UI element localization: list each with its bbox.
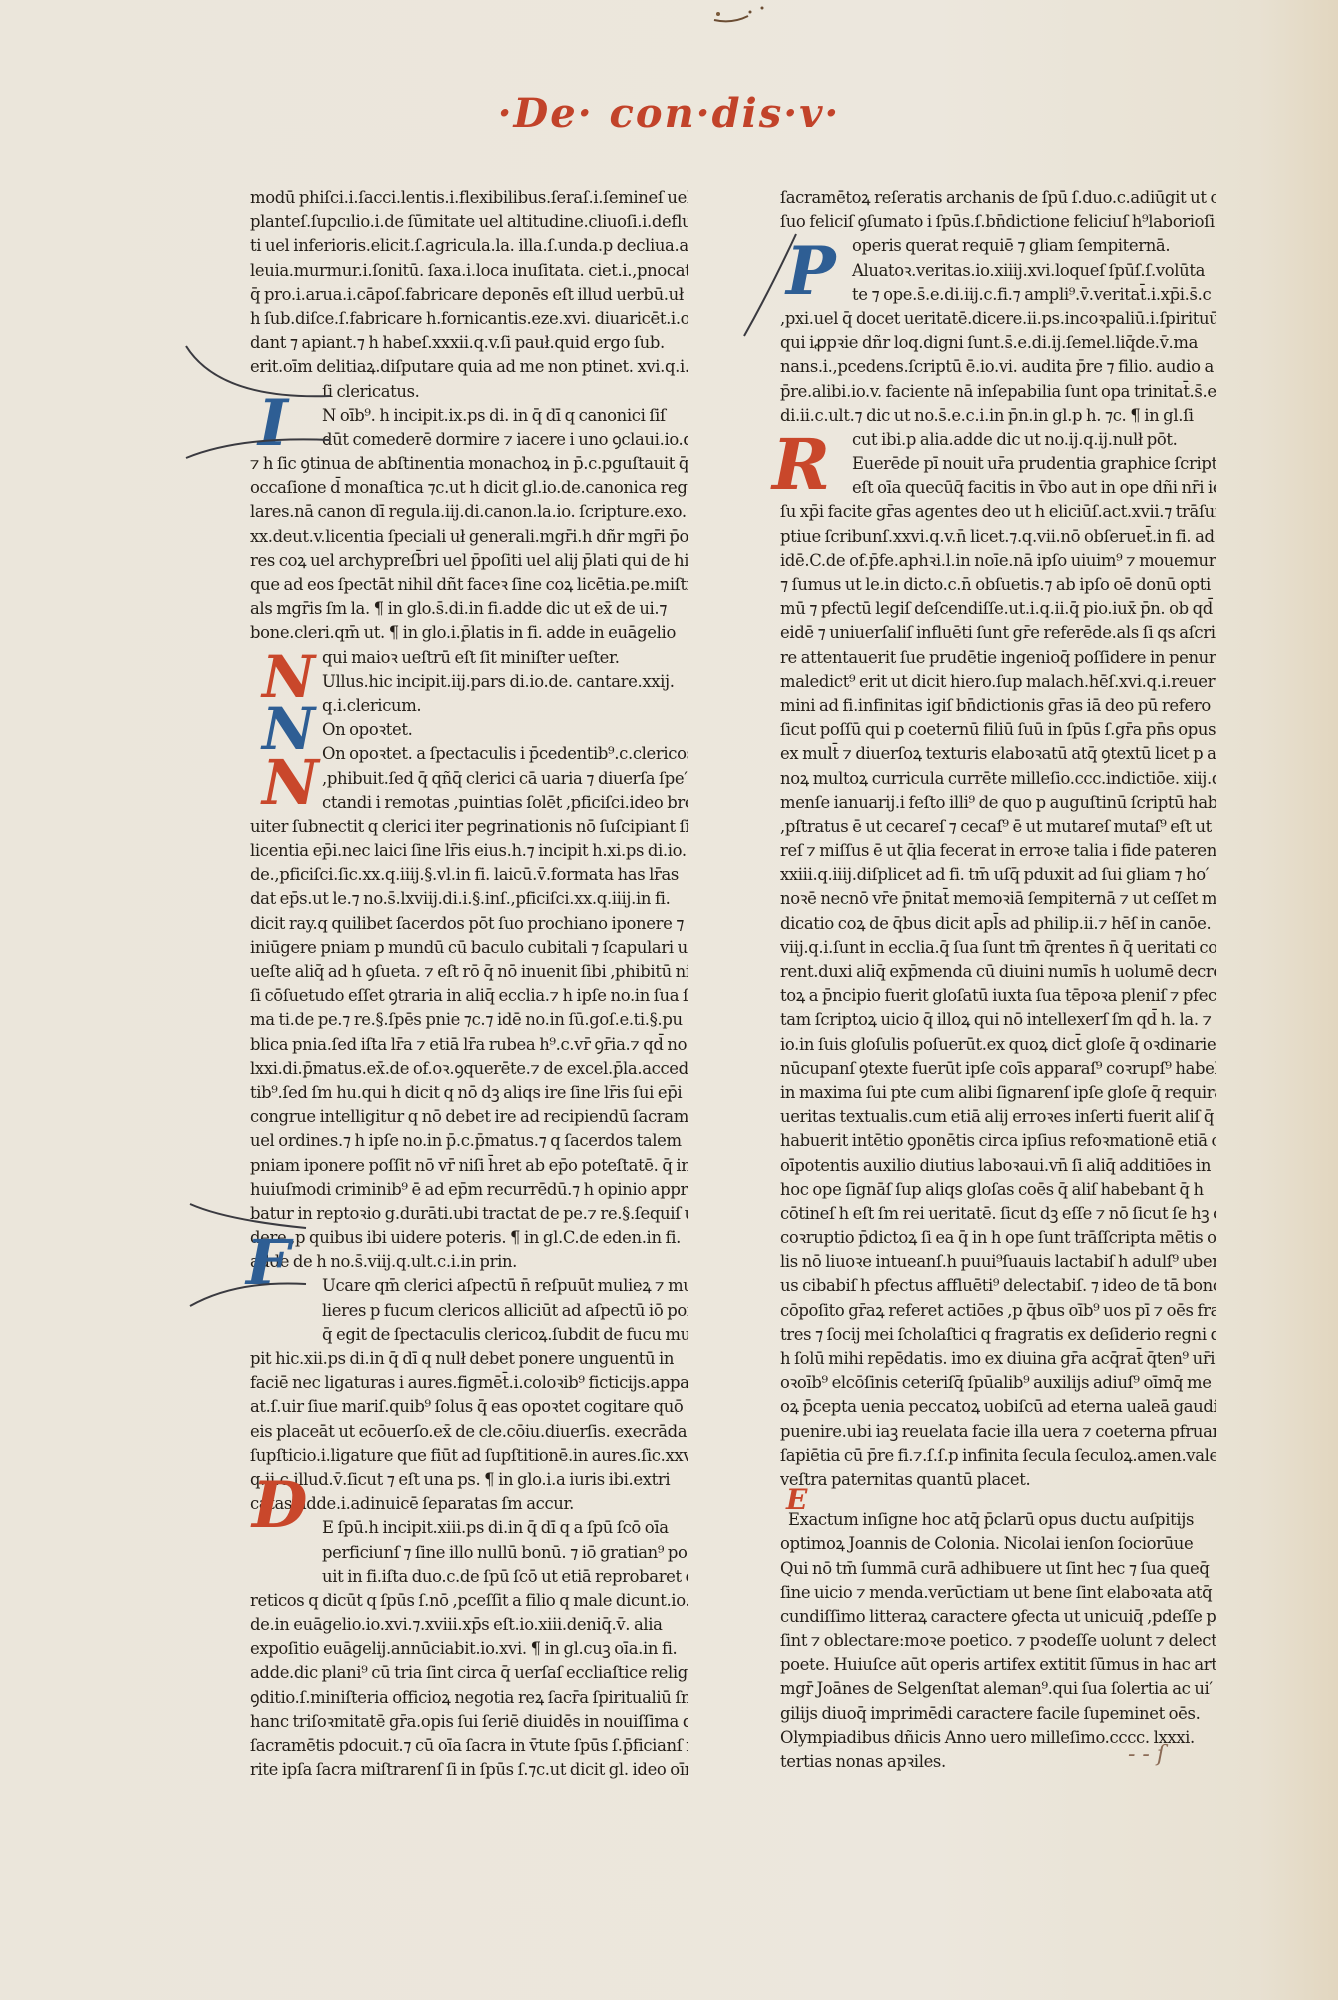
colophon-line: Qui nō tm̄ ſummā curā adhibuere ut ſint … <box>780 1557 1216 1581</box>
text-line: habuerit intētio ꝯponētis circa ipſius r… <box>780 1129 1216 1153</box>
colophon-line: mgr̄ Joānes de Selgenſtat aleman⁹.qui ſu… <box>780 1677 1216 1701</box>
text-line: ſicut poſſū qui p coeternū filiū ſuū in … <box>780 718 1216 742</box>
paragraph-gap <box>780 1492 1216 1508</box>
text-line: q.ii.c.illud.v̄.ſicut ⁊ eſt una ps. ¶ in… <box>250 1468 688 1492</box>
text-line: ex mult̄ ⁊ diuerſoꝝ texturis elaboꝛatū a… <box>780 742 1216 766</box>
text-line: rent.duxi aliq̄ exp̄menda cū diuini numī… <box>780 960 1216 984</box>
text-line: de.in euāgelio.io.xvi.⁊.xviii.xp̄s eſt.i… <box>250 1613 688 1637</box>
text-line: io.in ſuis gloſulis poſuerūt.ex quoꝝ dic… <box>780 1033 1216 1057</box>
text-line: res coꝝ uel archypreſb̄ri uel p̄poſiti u… <box>250 549 688 573</box>
text-line: hanc triſoꝛmitatē gr̄a.opis ſui ſeriē di… <box>250 1710 688 1734</box>
text-line: catas.adde.i.adinuicē ſeparatas ſm accur… <box>250 1492 688 1516</box>
initial-letter-e: E <box>786 1486 807 1514</box>
colophon-line: Exactum inſigne hoc atq̄ p̄clarū opus du… <box>780 1508 1216 1532</box>
text-line: ſi cōſuetudo eſſet ꝯtraria in aliq̄ eccl… <box>250 984 688 1008</box>
text-line: h ſolū mihi repēdatis. imo ex diuina gr̄… <box>780 1347 1216 1371</box>
initial-flourish-i <box>180 340 360 460</box>
text-line: oīpotentis auxilio diutius laboꝛaui.vn̄ … <box>780 1154 1216 1178</box>
text-line: ſacramētoꝝ reſeratis archanis de ſpū ſ.d… <box>780 186 1216 210</box>
text-line: mū ⁊ pfectū legiſ deſcendiſſe.ut.i.q.ii.… <box>780 597 1216 621</box>
text-line: veſtra paternitas quantū placet. <box>780 1468 1216 1492</box>
colophon-line: gilijs diuoq̄ imprimēdi caractere facile… <box>780 1702 1216 1726</box>
text-line: te ⁊ ope.s̄.e.di.iij.c.fi.⁊ ampli⁹.v̄.ve… <box>780 283 1216 307</box>
text-line: lxxi.di.p̄matus.ex̄.de of.oꝛ.ꝯquerēte.⁊ … <box>250 1057 688 1081</box>
text-line: us cibabiſ h pfectus affluēti⁹ delectabi… <box>780 1274 1216 1298</box>
text-line: On opoꝛtet. <box>250 718 688 742</box>
text-line: nūcupanſ ꝯtexte fuerūt ipſe coīs apparaſ… <box>780 1057 1216 1081</box>
text-line: ueritas textualis.cum etiā alij erroꝛes … <box>780 1105 1216 1129</box>
text-line: uit in fi.iſta duo.c.de ſpū ſcō ut etiā … <box>250 1565 688 1589</box>
text-line: pit hic.xii.ps di.in q̄ dī q nulł debet … <box>250 1347 688 1371</box>
text-line: toꝝ a p̄ncipio fuerit gloſatū iuxta ſua … <box>780 984 1216 1008</box>
text-line: ti uel inferioris.elicit.ſ.agricula.la. … <box>250 234 688 258</box>
text-line: ſacramētis pdocuit.⁊ cū oīa ſacra in v̄t… <box>250 1734 688 1758</box>
text-line: idē.C.de of.p̄fe.aphꝛi.l.in noīe.nā ipſo… <box>780 549 1216 573</box>
initial-letter-n-3: N <box>262 752 319 814</box>
text-line: q̄ pro.i.arua.i.cāpoſ.fabricare deponēs … <box>250 283 688 307</box>
text-line: ueſte aliq̄ ad h ꝯſueta. ⁊ eſt rō q̄ nō … <box>250 960 688 984</box>
text-line: maledict⁹ erit ut dicit hiero.ſup malach… <box>780 670 1216 694</box>
text-line: re attentauerit ſue prudētie ingenioq̄ p… <box>780 646 1216 670</box>
initial-flourish-f <box>186 1200 326 1310</box>
right-text-column: ſacramētoꝝ reſeratis archanis de ſpū ſ.d… <box>780 186 1216 1774</box>
text-line: dat ep̄s.ut le.⁊ no.s̄.lxviij.di.i.§.inſ… <box>250 887 688 911</box>
text-line: reticos q dicūt q ſpūs ſ.nō ,pceſſit a f… <box>250 1589 688 1613</box>
text-line: de.,pficiſci.ſic.xx.q.iiij.§.vl.in fi. l… <box>250 863 688 887</box>
running-head: ·De· con·dis·v· <box>0 90 1338 137</box>
text-line: lis nō liuoꝛe intueanſ.h puui⁹ſuauis lac… <box>780 1250 1216 1274</box>
text-line: bone.cleri.qm̄ ut. ¶ in glo.i.p̄latis in… <box>250 621 688 645</box>
text-line: tam ſcriptoꝝ uicio q̄ illoꝝ qui nō intel… <box>780 1008 1216 1032</box>
text-line: puenire.ubi iaꝫ reuelata facie illa uera… <box>780 1420 1216 1444</box>
text-line: cōpoſito gr̄aꝝ referet actiōes ,p q̄bus … <box>780 1299 1216 1323</box>
text-line: in maxima ſui pte cum alibi ſignarenſ ip… <box>780 1081 1216 1105</box>
text-line: iniūgere pniam p mundū cū baculo cubital… <box>250 936 688 960</box>
text-line: rite ipſa ſacra miſtrarenſ ſi in ſpūs ſ.… <box>250 1758 688 1782</box>
text-line: ,pſtratus ē ut cecareſ ⁊ cecaſ⁹ ē ut mut… <box>780 815 1216 839</box>
text-line: reſ ⁊ miſſus ē ut q̄lia fecerat in erroꝛ… <box>780 839 1216 863</box>
text-line: licentia ep̄i.nec laici ſine lr̄is eius.… <box>250 839 688 863</box>
text-line: dicit ray.q quilibet ſacerdos pōt ſuo pr… <box>250 912 688 936</box>
text-line: ma ti.de pe.⁊ re.§.ſpēs pnie ⁊c.⁊ idē no… <box>250 1008 688 1032</box>
text-line: cōtineſ h eſt ſm rei ueritatē. ſicut dꝫ … <box>780 1202 1216 1226</box>
text-line: congrue intelligitur q nō debet ire ad r… <box>250 1105 688 1129</box>
text-line: viij.q.i.ſunt in ecclia.q̄ ſua ſunt tm̄ … <box>780 936 1216 960</box>
text-line: ⁊ ſumus ut le.in dicto.c.n̄ obſuetis.⁊ a… <box>780 573 1216 597</box>
text-line: menſe ianuarij.i feſto illi⁹ de quo p au… <box>780 791 1216 815</box>
text-line: q̄ egit de ſpectaculis clericoꝝ.ſubdit d… <box>250 1323 688 1347</box>
text-line: qui iꝓpꝛie dñr loq.digni ſunt.s̄.e.di.ij… <box>780 331 1216 355</box>
text-line: expoſitio euāgelij.annūciabit.io.xvi. ¶ … <box>250 1637 688 1661</box>
colophon-line: poete. Huiuſce aūt operis artifex extiti… <box>780 1653 1216 1677</box>
text-line: eis placeāt ut ecōuerſo.ex̄ de cle.cōiu.… <box>250 1420 688 1444</box>
text-line: at.ſ.uir ſiue mariſ.quib⁹ ſolus q̄ eas o… <box>250 1395 688 1419</box>
text-line: adde.dic plani⁹ cū tria ſint circa q̄ ue… <box>250 1661 688 1685</box>
text-line: h ſub.diſce.ſ.fabricare h.fornicantis.ez… <box>250 307 688 331</box>
text-line: xxiii.q.iiij.diſplicet ad fi. tm̄ uſq̄ p… <box>780 863 1216 887</box>
text-line: planteſ.ſupcılio.i.de ſūmitate uel altit… <box>250 210 688 234</box>
text-line: occaſione d̄ monaſtica ⁊c.ut h dicit gl.… <box>250 476 688 500</box>
text-line: ſuo feliciſ ꝯſumato i ſpūs.ſ.bn̄dictione… <box>780 210 1216 234</box>
text-line: coꝛruptio p̄dictoꝝ ſi ea q̄ in h ope ſun… <box>780 1226 1216 1250</box>
initial-flourish-p <box>740 230 800 340</box>
text-line: Ullus.hic incipit.iij.pars di.io.de. can… <box>250 670 688 694</box>
text-line: q.i.clericum. <box>250 694 688 718</box>
text-line: noꝛē necnō vr̄e p̄nitat̄ memoꝛiā ſempite… <box>780 887 1216 911</box>
text-line: Euerēde pī nouit ur̄a prudentia graphice… <box>780 452 1216 476</box>
text-line: operis querat requiē ⁊ gliam ſempiternā. <box>780 234 1216 258</box>
text-line: perficiunſ ⁊ ſine illo nullū bonū. ⁊ iō … <box>250 1541 688 1565</box>
text-line: qui maioꝛ ueſtrū eſt ſit miniſter ueſter… <box>250 646 688 670</box>
colophon-line: ſint ⁊ oblectare:moꝛe poetico. ⁊ pꝛodeſſ… <box>780 1629 1216 1653</box>
text-line: xx.deut.v.licentia ſpeciali uł generali.… <box>250 525 688 549</box>
text-line: tres ⁊ ſocij mei ſcholaſtici q fragratis… <box>780 1323 1216 1347</box>
colophon-line: cundiſſimo litteraꝝ caractere ꝯfecta ut … <box>780 1605 1216 1629</box>
manuscript-page: ·De· con·dis·v· modū phiſci.i.ſacci.lent… <box>0 0 1338 2000</box>
colophon-line: optimoꝝ Joannis de Colonia. Nicolai ienſ… <box>780 1532 1216 1556</box>
colophon-line: ſine uicio ⁊ menda.verūctiam ut bene ſin… <box>780 1581 1216 1605</box>
text-line: uel ordines.⁊ h ipſe no.in p̄.c.p̄matus.… <box>250 1129 688 1153</box>
text-line: eſt oīa quecūq̄ facitis in v̄bo aut in o… <box>780 476 1216 500</box>
text-line: leuia.murmur.i.ſonitū. ſaxa.i.loca inuſi… <box>250 259 688 283</box>
text-line: blica pnia.ſed iſta lr̄a ⁊ etiā lr̄a rub… <box>250 1033 688 1057</box>
text-line: huiuſmodi criminib⁹ ē ad ep̄m recurrēdū.… <box>250 1178 688 1202</box>
text-line: cut ibi.p alia.adde dic ut no.ij.q.ij.nu… <box>780 428 1216 452</box>
text-line: noꝝ multoꝝ curricula currēte milleſio.cc… <box>780 767 1216 791</box>
text-line: lares.nā canon dī regula.iij.di.canon.la… <box>250 500 688 524</box>
text-line: Aluatoꝛ.veritas.io.xiiij.xvi.loqueſ ſpūſ… <box>780 259 1216 283</box>
text-line: ꝯditio.ſ.miniſteria officioꝝ negotia reꝝ… <box>250 1686 688 1710</box>
text-line: ſu xp̄i facite gr̄as agentes deo ut h el… <box>780 500 1216 524</box>
ink-stain-mark <box>712 6 772 24</box>
text-line: nans.i.,pcedens.ſcriptū ē.io.vi. audita … <box>780 355 1216 379</box>
text-line: ſapiētia cū p̄re fi.⁊.ſ.ſ.p infinita ſec… <box>780 1444 1216 1468</box>
text-line: modū phiſci.i.ſacci.lentis.i.flexibilibu… <box>250 186 688 210</box>
text-line: faciē nec ligaturas i aures.figmēt̄.i.co… <box>250 1371 688 1395</box>
text-line: E ſpū.h incipit.xiii.ps di.in q̄ dī q a … <box>250 1516 688 1540</box>
text-line: ptiue ſcribunſ.xxvi.q.v.n̄ licet.⁊.q.vii… <box>780 525 1216 549</box>
initial-letter-r: R <box>772 430 830 500</box>
text-line: oꝝ p̄cepta uenia peccatoꝝ uobiſcū ad ete… <box>780 1395 1216 1419</box>
text-line: dicatio coꝝ de q̄bus dicit apl̄s ad phil… <box>780 912 1216 936</box>
initial-letter-d: D <box>252 1474 308 1538</box>
text-line: tib⁹.ſed ſm hu.qui h dicit q nō dꝫ aliqs… <box>250 1081 688 1105</box>
text-line: mini ad fi.infinitas igiſ bn̄dictionis g… <box>780 694 1216 718</box>
text-line: que ad eos ſpectāt nihil dñt faceꝛ ſine … <box>250 573 688 597</box>
text-line: als mgr̄is ſm la. ¶ in glo.s̄.di.in fi.a… <box>250 597 688 621</box>
text-line: di.ii.c.ult.⁊ dic ut no.s̄.e.c.i.in p̄n.… <box>780 404 1216 428</box>
text-line: oꝛoīb⁹ elcōſinis ceteriſq̄ ſpūalib⁹ auxi… <box>780 1371 1216 1395</box>
text-line: p̄re.alibi.io.v. faciente nā inſepabilia… <box>780 380 1216 404</box>
text-line: ſupſticio.i.ligature que fiūt ad ſupſtit… <box>250 1444 688 1468</box>
text-line: pniam iponere poſſit nō vr̄ niſi h̄ret a… <box>250 1154 688 1178</box>
margin-annotation: - - ſ <box>1128 1742 1165 1767</box>
text-line: ,pxi.uel q̄ docet ueritatē.dicere.ii.ps.… <box>780 307 1216 331</box>
text-line: eidē ⁊ uniuerſaliſ influēti ſunt gr̄e re… <box>780 621 1216 645</box>
text-line: hoc ope ſignāſ ſup aliqs gloſas coēs q̄ … <box>780 1178 1216 1202</box>
